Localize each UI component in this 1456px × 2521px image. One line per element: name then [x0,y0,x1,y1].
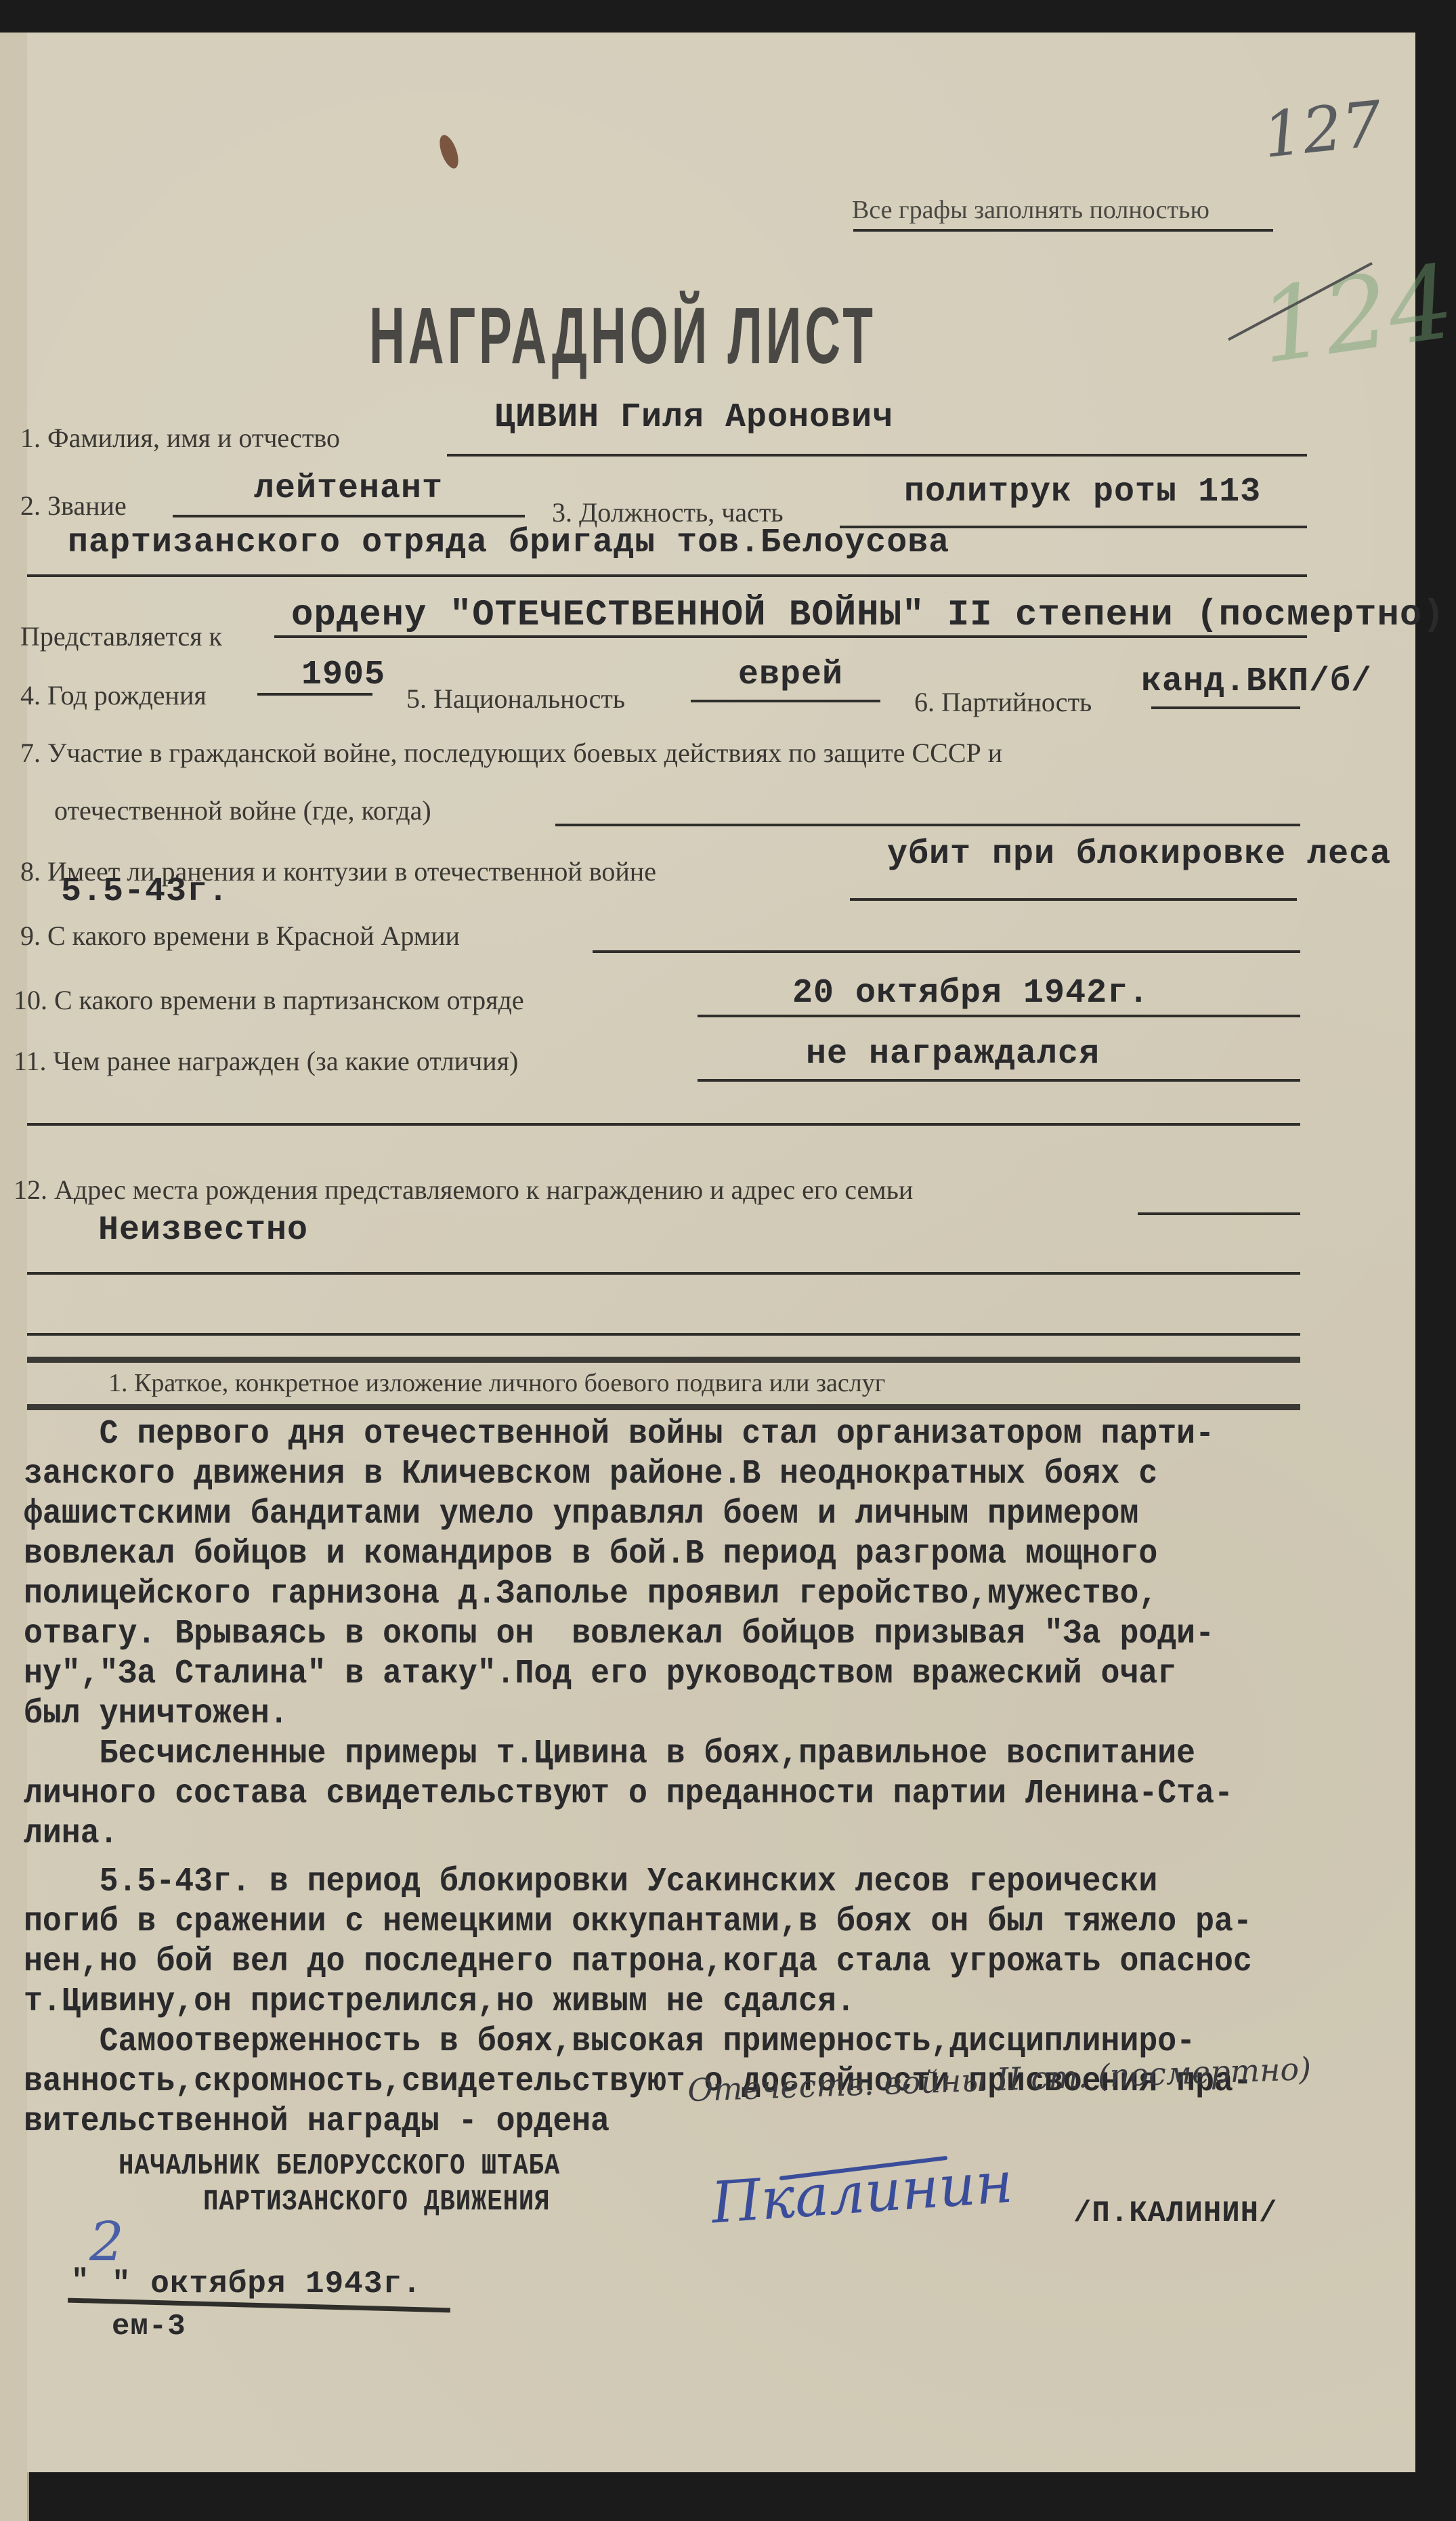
narrative-line: ну","За Сталина" в атаку".Под его руково… [24,1654,1252,1694]
signatory-position-line2: ПАРТИЗАНСКОГО ДВИЖЕНИЯ [203,2185,550,2219]
field-4-label: 4. Год рождения [20,679,207,711]
field-4-value: 1905 [301,656,385,694]
narrative-line: С первого дня отечественной войны стал о… [24,1414,1252,1454]
narrative-line: вительственной награды - ордена [24,2102,1252,2142]
field-8-value: убит при блокировке леса [887,835,1391,874]
section-divider-top [27,1357,1300,1363]
narrative-line: занского движения в Кличевском районе.В … [24,1454,1252,1494]
field-11-line-2 [27,1123,1300,1126]
field-11-line [698,1079,1300,1082]
narrative-line: отвагу. Врываясь в окопы он вовлекал бой… [24,1614,1252,1654]
award-sheet-paper: 127 124 Все графы заполнять полностью НА… [27,33,1415,2472]
instruction-underline [853,229,1273,232]
field-7-label: 7. Участие в гражданской войне, последую… [20,737,1002,769]
field-11-value: не награждался [806,1035,1100,1074]
typist-mark: ем-3 [112,2310,186,2344]
field-1-line [447,454,1307,457]
narrative-line: был уничтожен. [24,1694,1252,1734]
archive-page-number: 127 [1260,87,1386,172]
narrative-line: Самоотверженность в боях,высокая примерн… [24,2022,1252,2062]
date-month-year: " октября 1943г. [112,2266,422,2302]
adjacent-page-edge [0,33,29,2521]
field-7-line [555,824,1300,826]
narrative-line: личного состава свидетельствуют о предан… [24,1774,1252,1814]
award-line [274,635,1307,638]
award-label: Представляется к [20,620,222,652]
narrative-body: С первого дня отечественной войны стал о… [24,1414,1344,2142]
field-6-line [1151,706,1300,709]
field-10-value: 20 октября 1942г. [792,974,1149,1013]
signature: Пкалинин [709,2149,1015,2237]
narrative-line: полицейского гарнизона д.Заполье проявил… [24,1574,1252,1614]
field-3-value: политрук роты 113 [904,473,1261,511]
page-title: НАГРАДНОЙ ЛИСТ [369,290,876,382]
field-6-value: канд.ВКП/б/ [1141,662,1372,701]
field-5-value: еврей [738,656,843,694]
field-3-line-2 [27,574,1307,577]
signatory-name: /П.КАЛИНИН/ [1073,2197,1277,2230]
signatory-position-line1: НАЧАЛЬНИК БЕЛОРУССКОГО ШТАБА [119,2149,560,2183]
field-2-value: лейтенант [254,469,443,508]
field-7-label-continued: отечественной войне (где, когда) [54,795,431,826]
field-9-label: 9. С какого времени в Красной Армии [20,920,460,952]
field-12-label: 12. Адрес места рождения представляемого… [14,1174,913,1206]
field-5-line [691,700,880,702]
field-11-label: 11. Чем ранее награжден (за какие отличи… [14,1045,518,1077]
field-2-label: 2. Звание [20,490,127,522]
award-value: ордену "ОТЕЧЕСТВЕННОЙ ВОЙНЫ" II степени … [291,595,1445,636]
narrative-line: Бесчисленные примеры т.Цивина в боях,пра… [24,1734,1252,1774]
field-9-line [593,950,1300,953]
narrative-line: лина. [24,1814,1252,1854]
field-8-line [850,898,1297,901]
field-10-line [698,1015,1300,1017]
field-6-label: 6. Партийность [914,686,1092,718]
narrative-heading: 1. Краткое, конкретное изложение личного… [108,1368,885,1398]
section-divider-bottom [27,1404,1300,1410]
field-1-value: ЦИВИН Гиля Аронович [494,398,893,437]
stain-mark [436,133,462,171]
narrative-line: 5.5-43г. в период блокировки Усакинских … [24,1862,1252,1902]
field-4-line [257,693,372,696]
narrative-line: вовлекал бойцов и командиров в бой.В пер… [24,1534,1252,1574]
field-12-value: Неизвестно [98,1211,308,1250]
field-2-line [173,515,525,517]
narrative-line: нен,но бой вел до последнего патрона,ког… [24,1942,1252,1982]
field-3-value-continued: партизанского отряда бригады тов.Белоусо… [68,524,949,562]
date-day-handwritten: 2 [89,2210,124,2273]
archive-number-crossed: 124 [1252,243,1456,387]
field-1-label: 1. Фамилия, имя и отчество [20,422,340,454]
field-5-label: 5. Национальность [406,683,625,715]
narrative-line: фашистскими бандитами умело управлял бое… [24,1494,1252,1534]
field-12-line [1138,1212,1300,1215]
instruction-text: Все графы заполнять полностью [852,195,1209,225]
field-8-value-continued: 5.5-43г. [61,872,229,911]
field-12-line-3 [27,1333,1300,1336]
field-12-line-2 [27,1272,1300,1275]
narrative-line: погиб в сражении с немецкими оккупантами… [24,1902,1252,1942]
field-10-label: 10. С какого времени в партизанском отря… [14,984,524,1016]
date-open-quote: " [71,2264,89,2298]
narrative-line: т.Цивину,он пристрелился,но живым не сда… [24,1982,1252,2022]
